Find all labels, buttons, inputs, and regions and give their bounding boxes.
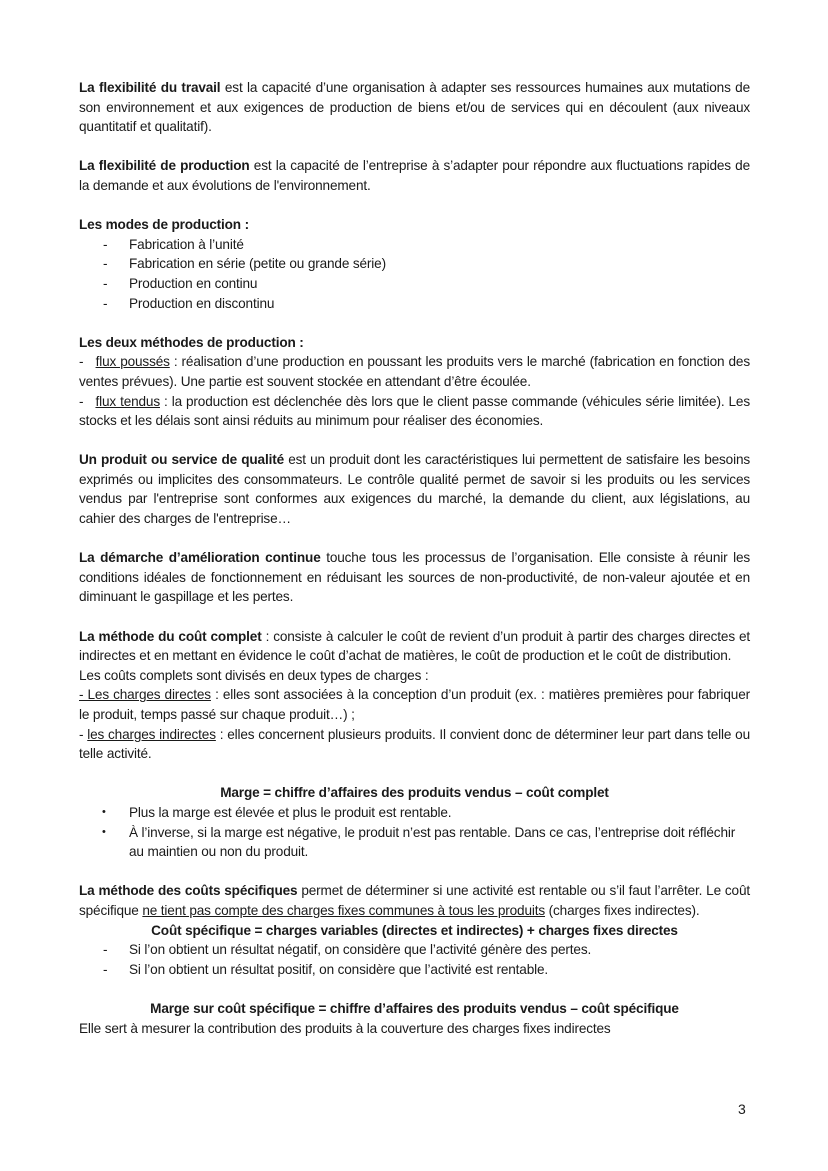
paragraph-couts-specifiques: La méthode des coûts spécifiques permet …	[79, 881, 750, 920]
term: La flexibilité du travail	[79, 80, 220, 95]
term: La méthode du coût complet	[79, 629, 262, 644]
formula-marge: Marge = chiffre d’affaires des produits …	[79, 783, 750, 803]
list-item: -Production en discontinu	[79, 294, 750, 314]
term: flux tendus	[95, 394, 160, 409]
resultat-list: -Si l’on obtient un résultat négatif, on…	[79, 940, 750, 979]
list-item: -Si l’on obtient un résultat positif, on…	[79, 960, 750, 980]
term: les charges indirectes	[87, 727, 216, 742]
paragraph-flexibilite-travail: La flexibilité du travail est la capacit…	[79, 78, 750, 137]
heading-methodes-production: Les deux méthodes de production :	[79, 333, 750, 353]
page-number: 3	[738, 1101, 746, 1117]
term: - Les charges directes	[79, 687, 211, 702]
paragraph-flux-pousses: - flux poussés : réalisation d’une produ…	[79, 352, 750, 391]
paragraph-qualite: Un produit ou service de qualité est un …	[79, 450, 750, 528]
paragraph-amelioration: La démarche d’amélioration continue touc…	[79, 548, 750, 607]
paragraph-cout-complet: La méthode du coût complet : consiste à …	[79, 627, 750, 666]
list-item: -Fabrication en série (petite ou grande …	[79, 254, 750, 274]
list-item: •À l’inverse, si la marge est négative, …	[79, 823, 750, 862]
document-page: La flexibilité du travail est la capacit…	[79, 78, 750, 1038]
list-item: -Fabrication à l’unité	[79, 235, 750, 255]
term: Un produit ou service de qualité	[79, 452, 284, 467]
modes-list: -Fabrication à l’unité -Fabrication en s…	[79, 235, 750, 313]
list-item: -Production en continu	[79, 274, 750, 294]
formula-cout-specifique: Coût spécifique = charges variables (dir…	[79, 921, 750, 941]
term: La démarche d’amélioration continue	[79, 550, 321, 565]
paragraph-flux-tendus: - flux tendus : la production est déclen…	[79, 392, 750, 431]
heading-modes-production: Les modes de production :	[79, 215, 750, 235]
paragraph-flexibilite-production: La flexibilité de production est la capa…	[79, 156, 750, 195]
paragraph-cout-complet-intro: Les coûts complets sont divisés en deux …	[79, 666, 750, 686]
marge-bullets: •Plus la marge est élevée et plus le pro…	[79, 803, 750, 862]
paragraph-conclusion: Elle sert à mesurer la contribution des …	[79, 1019, 750, 1039]
formula-marge-cout-specifique: Marge sur coût spécifique = chiffre d’af…	[79, 999, 750, 1019]
term: La flexibilité de production	[79, 158, 250, 173]
list-item: •Plus la marge est élevée et plus le pro…	[79, 803, 750, 823]
term: flux poussés	[96, 354, 170, 369]
list-item: -Si l’on obtient un résultat négatif, on…	[79, 940, 750, 960]
paragraph-charges-directes: - Les charges directes : elles sont asso…	[79, 685, 750, 724]
paragraph-charges-indirectes: - les charges indirectes : elles concern…	[79, 725, 750, 764]
term: La méthode des coûts spécifiques	[79, 883, 297, 898]
